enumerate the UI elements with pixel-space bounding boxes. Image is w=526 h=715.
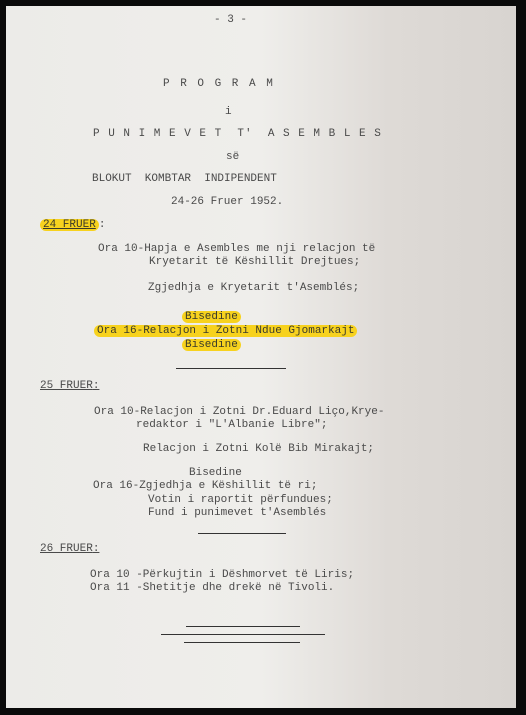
agenda-line: Fund i punimevet t'Asemblés [148,507,326,520]
title-connector-i: i [225,106,232,119]
agenda-line: Votin i raportit përfundues; [148,494,333,507]
closing-rule [161,634,325,635]
agenda-line-highlighted: Bisedine [182,339,241,352]
separator-rule [176,368,286,369]
agenda-line: Ora 11 -Shetitje dhe drekë në Tivoli. [90,582,334,595]
title-program: P R O G R A M [163,78,275,91]
title-connector-se: së [226,151,239,164]
agenda-line: Zgjedhja e Kryetarit t'Asemblés; [148,282,359,295]
page-number: - 3 - [214,14,247,27]
document-page: - 3 - P R O G R A M i P U N I M E V E T … [6,6,516,708]
agenda-line: Bisedine [189,467,242,480]
title-organization: BLOKUT KOMBTAR INDIPENDENT [92,173,277,186]
agenda-line: Relacjon i Zotni Kolë Bib Mirakajt; [143,443,374,456]
agenda-line: Ora 10-Hapja e Asembles me nji relacjon … [98,243,375,256]
agenda-line: Ora 10-Relacjon i Zotni Dr.Eduard Liço,K… [94,406,384,419]
agenda-line: Ora 10 -Përkujtin i Dëshmorvet të Liris; [90,569,354,582]
separator-rule [198,533,286,534]
agenda-line: redaktor i "L'Albanie Libre"; [136,419,327,432]
highlighted-heading: 24 FRUER [40,219,99,231]
closing-rule [184,642,300,643]
day-heading-26: 26 FRUER: [40,543,99,556]
closing-rule [186,626,300,627]
agenda-line: Kryetarit të Këshillit Drejtues; [149,256,360,269]
title-dates: 24-26 Fruer 1952. [171,196,283,209]
agenda-line: Ora 16-Zgjedhja e Këshillit të ri; [93,480,317,493]
title-punimevet: P U N I M E V E T T' A S E M B L E S [93,128,382,141]
agenda-line-highlighted: Bisedine [182,311,241,324]
day-heading-25: 25 FRUER: [40,380,99,393]
day-heading-24: 24 FRUER: [40,219,105,232]
agenda-line-highlighted: Ora 16-Relacjon i Zotni Ndue Gjomarkajt [94,325,357,338]
